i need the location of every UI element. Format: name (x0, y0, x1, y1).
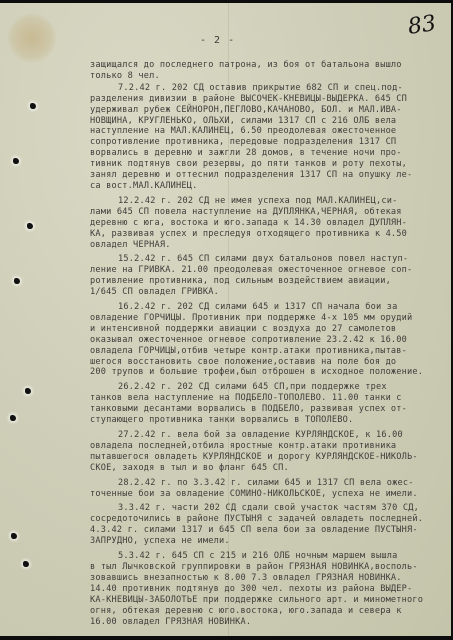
text-line: овладела ГОРЧИЦЫ,отбив четыре контр.атак… (90, 346, 448, 357)
archive-page-number: 83 (406, 11, 437, 40)
text-line: сосредоточились в районе ПУСТЫНЯ с задач… (90, 514, 448, 525)
paragraph: 15.2.42 г. 645 СП силами двух батальонов… (90, 254, 448, 298)
text-line: лами 645 СП повела наступление на ДУПЛЯН… (90, 207, 448, 218)
text-line: овладел ЧЕРНАЯ. (90, 240, 448, 251)
paragraph: 26.2.42 г. 202 СД силами 645 СП,при подд… (90, 382, 448, 426)
text-line: деревню с юга, востока и юго.запада к 14… (90, 218, 448, 229)
text-line: 200 трупов и большие трофеи,был отброшен… (90, 367, 448, 378)
document-body: защищался до последнего патрона, из боя … (90, 60, 448, 631)
text-line: КА-КНЕВИЦЫ-ЗАБОЛОТЬЕ при поддержке сильн… (90, 595, 448, 606)
paper-stain (8, 13, 56, 63)
punch-hole (11, 533, 17, 539)
text-line: 7.2.42 г. 202 СД оставив прикрытие 682 С… (90, 83, 448, 94)
text-line: ступающего противника танки ворвались в … (90, 415, 448, 426)
text-line: 4.3.42 г. силами 1317 и 645 СП вела бои … (90, 525, 448, 536)
text-line: сопротивление противника, передовые подр… (90, 137, 448, 148)
paragraph: 5.3.42 г. 645 СП с 215 и 216 ОЛБ ночным … (90, 551, 448, 627)
text-line: 15.2.42 г. 645 СП силами двух батальонов… (90, 254, 448, 265)
text-line: оказывал ожесточенное огневое сопротивле… (90, 335, 448, 346)
page-number: - 2 - (200, 35, 235, 46)
text-line: овладела последней,отбила яростные контр… (90, 441, 448, 452)
punch-hole (14, 278, 20, 284)
paragraph: 3.3.42 г. части 202 СД сдали свой участо… (90, 503, 448, 547)
text-line: в тыл Лычковской группировки в район ГРЯ… (90, 562, 448, 573)
text-line: защищался до последнего патрона, из боя … (90, 60, 448, 71)
document-page: - 2 - 83 защищался до последнего патрона… (0, 3, 451, 636)
text-line: огня, обтекая деревню с юго.востока, юго… (90, 606, 448, 617)
text-line: КА, развивая успех и преследуя отходящег… (90, 229, 448, 240)
text-line: занял деревню и оттеснил подразделения 1… (90, 170, 448, 181)
text-line: только 8 чел. (90, 71, 448, 82)
text-line: шегося восстановить свое положение,остав… (90, 357, 448, 368)
text-line: 27.2.42 г. вела бой за овладение КУРЛЯНД… (90, 430, 448, 441)
punch-hole (13, 158, 19, 164)
text-line: танков вела наступление на ПОДБЕЛО-ТОПОЛ… (90, 393, 448, 404)
text-line: 16.2.42 г. 202 СД силами 645 и 1317 СП н… (90, 302, 448, 313)
punch-hole (27, 223, 33, 229)
text-line: 12.2.42 г. 202 СД не имея успеха под МАЛ… (90, 196, 448, 207)
text-line: пытавшегося овладеть КУРЛЯНДСКОЕ и дорог… (90, 452, 448, 463)
text-line: 26.2.42 г. 202 СД силами 645 СП,при подд… (90, 382, 448, 393)
paragraph: 12.2.42 г. 202 СД не имея успеха под МАЛ… (90, 196, 448, 251)
text-line: ротивление противника, под сильным возде… (90, 276, 448, 287)
text-line: зовавшись внезапностью к 8.00 7.3 овладе… (90, 573, 448, 584)
text-line: танковыми десантами ворвались в ПОДБЕЛО,… (90, 404, 448, 415)
text-line: тивник подтянув свои резервы, до пяти та… (90, 159, 448, 170)
paragraph: 16.2.42 г. 202 СД силами 645 и 1317 СП н… (90, 302, 448, 378)
text-line: овладение ГОРЧИЦЫ. Противник при поддерж… (90, 313, 448, 324)
paragraph: 27.2.42 г. вела бой за овладение КУРЛЯНД… (90, 430, 448, 474)
text-line: 16.00 овладел ГРЯЗНАЯ НОВИНКА. (90, 617, 448, 628)
text-line: и интенсивной поддержки авиации с воздух… (90, 324, 448, 335)
paragraph-gap (90, 628, 448, 631)
text-line: 3.3.42 г. части 202 СД сдали свой участо… (90, 503, 448, 514)
text-line: НОВЩИНА, КРУГЛЕНЬКО, ОЛЬХИ, силами 1317 … (90, 116, 448, 127)
text-line: ление на ГРИВКА. 21.00 преодолевая ожест… (90, 265, 448, 276)
punch-hole (10, 415, 16, 421)
punch-hole (23, 561, 29, 567)
text-line: 5.3.42 г. 645 СП с 215 и 216 ОЛБ ночным … (90, 551, 448, 562)
text-line: ЗАПРУДНО, успеха не имели. (90, 536, 448, 547)
paragraph: защищался до последнего патрона, из боя … (90, 60, 448, 82)
text-line: 14.40 противник подтянув до 300 чел. пех… (90, 584, 448, 595)
text-line: 1/645 СП овладел ГРИВКА. (90, 287, 448, 298)
text-line: точенные бои за овладение СОМИНО-НИКОЛЬС… (90, 489, 448, 500)
text-line: удерживал рубеж СЕЙНОРОН,ПЕГЛОВО,КАЧАНОВ… (90, 105, 448, 116)
paragraph: 7.2.42 г. 202 СД оставив прикрытие 682 С… (90, 83, 448, 192)
text-line: наступление на МАЛ.КАЛИНЕЦ, 6.50 преодол… (90, 126, 448, 137)
paragraph: 28.2.42 г. по 3.3.42 г. силами 645 и 131… (90, 478, 448, 500)
text-line: са вост.МАЛ.КАЛИНЕЦ. (90, 181, 448, 192)
text-line: 28.2.42 г. по 3.3.42 г. силами 645 и 131… (90, 478, 448, 489)
text-line: ворвались в деревню и зажгли 28 домов, в… (90, 148, 448, 159)
punch-hole (30, 103, 36, 109)
punch-hole (25, 388, 31, 394)
text-line: разделения дивизии в районе ВЫСОЧЕК-КНЕВ… (90, 94, 448, 105)
text-line: СКОЕ, заходя в тыл и во фланг 645 СП. (90, 463, 448, 474)
